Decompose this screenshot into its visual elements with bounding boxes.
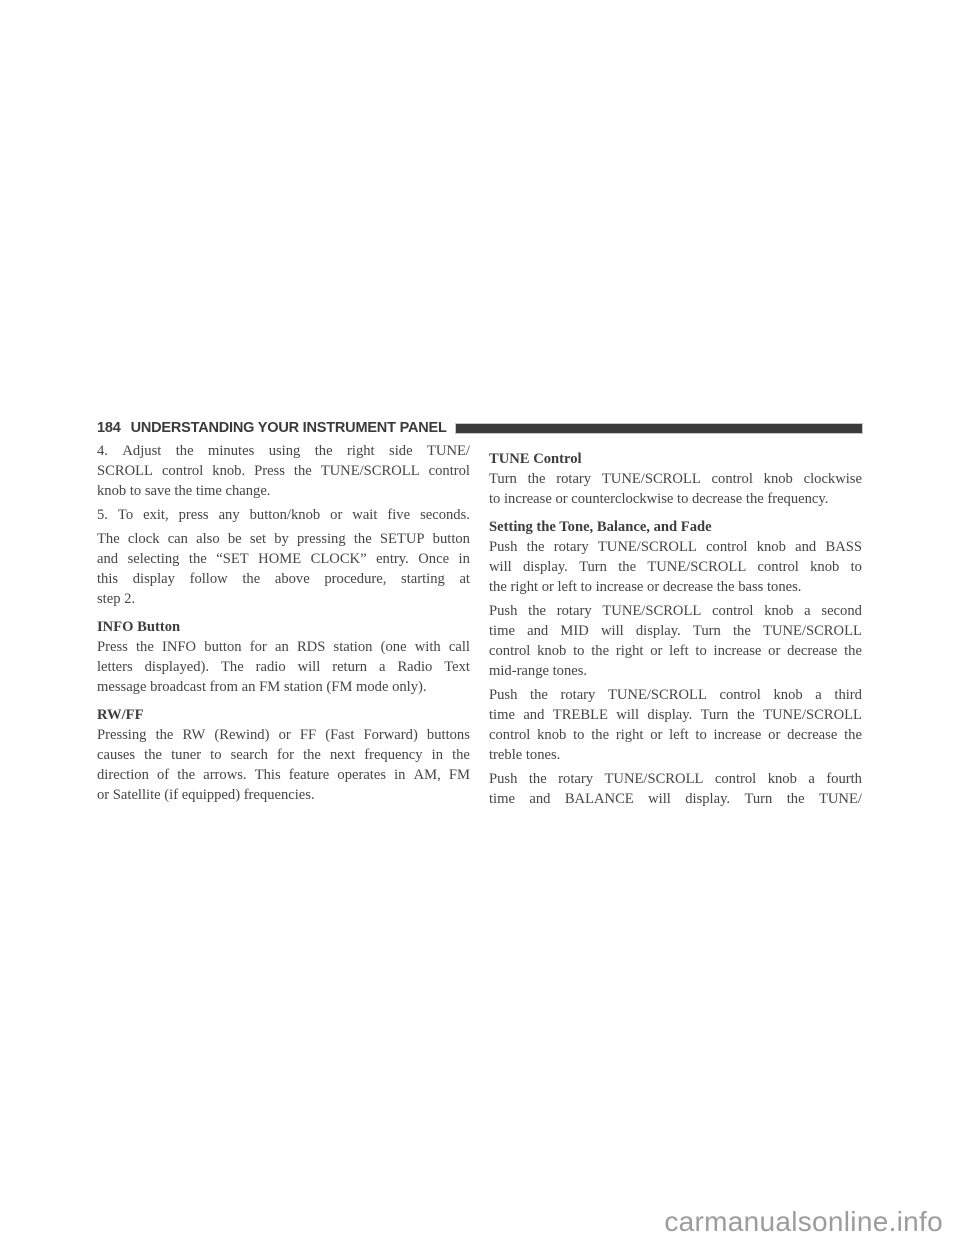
word: Adjust (122, 441, 161, 461)
word: TREBLE (553, 705, 608, 725)
text-line: to increase or counterclockwise to decre… (489, 489, 862, 509)
word: TUNE/SCROLL (763, 705, 862, 725)
paragraph: PushtherotaryTUNE/SCROLLcontrolknobaseco… (489, 601, 862, 681)
word: SCROLL (97, 461, 153, 481)
text-line: directionofthearrows.Thisfeatureoperates… (97, 765, 470, 785)
word: knob (537, 725, 566, 745)
word: button (204, 637, 241, 657)
paragraph: TheclockcanalsobesetbypressingtheSETUPbu… (97, 529, 470, 609)
word: rotary (556, 469, 591, 489)
word: or (768, 725, 780, 745)
word: display. (523, 557, 568, 577)
word: display. (647, 705, 692, 725)
word: time (489, 705, 515, 725)
word: or (330, 505, 342, 525)
word: using (269, 441, 301, 461)
word: in (394, 765, 405, 785)
word: control (429, 461, 470, 481)
word: button/knob (250, 505, 321, 525)
word: left (669, 641, 688, 661)
word: Turn (489, 469, 517, 489)
word: or (650, 725, 662, 745)
word: rotary (558, 769, 593, 789)
text-line: PushtherotaryTUNE/SCROLLcontrolknobaseco… (489, 601, 862, 621)
word: operates (337, 765, 386, 785)
word: increase (714, 641, 762, 661)
word: right (347, 441, 375, 461)
word: CLOCK” (311, 549, 367, 569)
word: the (787, 789, 805, 809)
word: button (433, 529, 470, 549)
word: increase (714, 725, 762, 745)
word: control (715, 769, 756, 789)
text-line: 5.Toexit,pressanybutton/knoborwaitfivese… (97, 505, 470, 525)
text-line: willdisplay.TurntheTUNE/SCROLLcontrolkno… (489, 557, 862, 577)
word: the (618, 557, 636, 577)
text-line: PushtherotaryTUNE/SCROLLcontrolknobathir… (489, 685, 862, 705)
word: knob (757, 537, 786, 557)
word: be (228, 529, 242, 549)
text-line: or Satellite (if equipped) frequencies. (97, 785, 470, 805)
word: control (162, 461, 203, 481)
word: radio (256, 657, 286, 677)
word: or (768, 641, 780, 661)
word: minutes (208, 441, 254, 461)
text-line: causesthetunertosearchforthenextfrequenc… (97, 745, 470, 765)
word: the (144, 745, 162, 765)
word: knob (810, 557, 839, 577)
word: arrows. (203, 765, 246, 785)
word: a (379, 657, 385, 677)
word: Turn (744, 789, 772, 809)
word: decrease (787, 641, 837, 661)
word: The (221, 657, 244, 677)
word: AM, (414, 765, 441, 785)
column-left: 4.AdjusttheminutesusingtherightsideTUNE/… (97, 441, 470, 805)
word: MID (560, 621, 588, 641)
word: FM (449, 765, 470, 785)
word: decrease (787, 725, 837, 745)
word: control (489, 641, 530, 661)
word: FF (300, 725, 316, 745)
word: feature (289, 765, 330, 785)
word: Press (97, 637, 128, 657)
column-right: TUNE ControlTurntherotaryTUNE/SCROLLcont… (489, 441, 862, 809)
word: TUNE/SCROLL (763, 621, 862, 641)
paragraph: PushtherotaryTUNE/SCROLLcontrolknobandBA… (489, 537, 862, 597)
word: above (275, 569, 310, 589)
word: the (591, 641, 609, 661)
text-line: 4.AdjusttheminutesusingtherightsideTUNE/ (97, 441, 470, 461)
text-line: INFO Button (97, 617, 470, 637)
word: the (136, 637, 154, 657)
word: Push (489, 601, 517, 621)
word: (one (381, 637, 407, 657)
word: next (330, 745, 355, 765)
word: the (303, 745, 321, 765)
watermark: carmanualsonline.info (664, 1206, 943, 1238)
word: time (489, 789, 515, 809)
word: the (530, 685, 548, 705)
word: Once (418, 549, 449, 569)
word: a (804, 601, 810, 621)
word: Radio (397, 657, 432, 677)
text-line: message broadcast from an FM station (FM… (97, 677, 470, 697)
word: the (189, 549, 207, 569)
word: the (354, 529, 372, 549)
section-heading: RW/FF (97, 705, 470, 725)
word: seconds. (420, 505, 470, 525)
word: wait (352, 505, 377, 525)
word: the (176, 441, 194, 461)
word: tuner (171, 745, 201, 765)
word: control (706, 537, 747, 557)
word: for (250, 637, 267, 657)
paragraph: PresstheINFObuttonforanRDSstation(onewit… (97, 637, 470, 697)
word: “SET (216, 549, 248, 569)
word: the (844, 641, 862, 661)
word: right (616, 641, 644, 661)
word: will (601, 621, 624, 641)
word: BALANCE (565, 789, 634, 809)
word: will (298, 657, 321, 677)
word: Pressing (97, 725, 146, 745)
word: will (616, 705, 639, 725)
word: to (573, 725, 584, 745)
word: rotary (554, 537, 589, 557)
text-line: knob to save the time change. (97, 481, 470, 501)
word: Forward) (364, 725, 418, 745)
word: letters (97, 657, 133, 677)
word: starting (401, 569, 445, 589)
word: display (133, 569, 175, 589)
word: direction (97, 765, 149, 785)
text-line: treble tones. (489, 745, 862, 765)
word: to (695, 641, 706, 661)
word: second (821, 601, 862, 621)
word: press (179, 505, 209, 525)
word: the (177, 765, 195, 785)
word: TUNE/SCROLL (608, 685, 707, 705)
paragraph: 4.AdjusttheminutesusingtherightsideTUNE/… (97, 441, 470, 501)
text-line: SCROLLcontrolknob.PresstheTUNE/SCROLLcon… (97, 461, 470, 481)
word: and (523, 705, 544, 725)
word: TUNE/SCROLL (605, 769, 704, 789)
word: control (758, 557, 799, 577)
word: side (389, 441, 413, 461)
word: also (196, 529, 220, 549)
word: left (669, 725, 688, 745)
paragraph: TurntherotaryTUNE/SCROLLcontrolknobclock… (489, 469, 862, 509)
word: the (733, 621, 751, 641)
word: the (591, 725, 609, 745)
word: the (294, 461, 312, 481)
text-line: thisdisplayfollowtheaboveprocedure,start… (97, 569, 470, 589)
word: control (720, 685, 761, 705)
word: or (279, 725, 291, 745)
word: call (449, 637, 470, 657)
word: RW (183, 725, 206, 745)
section-heading: Setting the Tone, Balance, and Fade (489, 517, 862, 537)
page-header: 184 UNDERSTANDING YOUR INSTRUMENT PANEL (97, 420, 863, 436)
text-line: andselectingthe“SETHOMECLOCK”entry.Oncei… (97, 549, 470, 569)
word: display. (685, 789, 730, 809)
section-heading: TUNE Control (489, 449, 862, 469)
word: control (489, 725, 530, 745)
word: selecting (128, 549, 180, 569)
word: buttons (427, 725, 470, 745)
manual-page: 184 UNDERSTANDING YOUR INSTRUMENT PANEL … (0, 0, 960, 1242)
word: the (452, 745, 470, 765)
word: in (432, 745, 443, 765)
word: an (275, 637, 289, 657)
word: the (528, 601, 546, 621)
word: This (255, 765, 281, 785)
text-line: mid-range tones. (489, 661, 862, 681)
word: fourth (826, 769, 862, 789)
word: Turn (701, 705, 729, 725)
word: a (808, 769, 814, 789)
word: for (277, 745, 294, 765)
word: Press (254, 461, 285, 481)
word: right (616, 725, 644, 745)
word: the (527, 537, 545, 557)
word: knob. (212, 461, 245, 481)
word: frequency (364, 745, 422, 765)
word: To (118, 505, 133, 525)
text-line: timeandBALANCEwilldisplay.TurntheTUNE/ (489, 789, 862, 809)
word: return (332, 657, 367, 677)
word: and (529, 789, 550, 809)
word: time (489, 621, 515, 641)
word: rotary (560, 685, 595, 705)
word: knob (768, 769, 797, 789)
text-line: TurntherotaryTUNE/SCROLLcontrolknobclock… (489, 469, 862, 489)
word: any (219, 505, 240, 525)
word: (Fast (325, 725, 354, 745)
word: search (231, 745, 268, 765)
word: station (334, 637, 373, 657)
text-line: PresstheINFObuttonforanRDSstation(onewit… (97, 637, 470, 657)
word: rotary (557, 601, 592, 621)
word: BASS (825, 537, 862, 557)
word: at (459, 569, 470, 589)
word: will (648, 789, 671, 809)
word: knob (764, 469, 793, 489)
word: the (529, 769, 547, 789)
text-line: lettersdisplayed).TheradiowillreturnaRad… (97, 657, 470, 677)
word: Push (489, 769, 517, 789)
text-line: timeandMIDwilldisplay.TurntheTUNE/SCROLL (489, 621, 862, 641)
word: The (97, 529, 120, 549)
word: and (795, 537, 816, 557)
word: will (489, 557, 512, 577)
word: TUNE/ (427, 441, 470, 461)
word: knob (764, 601, 793, 621)
word: 4. (97, 441, 108, 461)
word: set (250, 529, 266, 549)
word: to (695, 725, 706, 745)
word: INFO (162, 637, 196, 657)
word: TUNE/SCROLL (602, 469, 701, 489)
paragraph: PushtherotaryTUNE/SCROLLcontrolknobafour… (489, 769, 862, 809)
word: to (573, 641, 584, 661)
word: control (712, 601, 753, 621)
paragraph: PressingtheRW(Rewind)orFF(FastForward)bu… (97, 725, 470, 805)
word: causes (97, 745, 135, 765)
word: displayed). (145, 657, 209, 677)
word: knob (773, 685, 802, 705)
text-line: PressingtheRW(Rewind)orFF(FastForward)bu… (97, 725, 470, 745)
word: entry. (376, 549, 409, 569)
header-rule-bar (455, 423, 863, 434)
word: HOME (258, 549, 301, 569)
word: follow (190, 569, 228, 589)
word: five (387, 505, 410, 525)
word: the (156, 725, 174, 745)
text-line: PushtherotaryTUNE/SCROLLcontrolknobandBA… (489, 537, 862, 557)
word: TUNE/SCROLL (321, 461, 420, 481)
word: to (851, 557, 862, 577)
section-heading: INFO Button (97, 617, 470, 637)
word: 5. (97, 505, 108, 525)
word: clock (128, 529, 160, 549)
word: TUNE/SCROLL (647, 557, 746, 577)
paragraph: 5.Toexit,pressanybutton/knoborwaitfivese… (97, 505, 470, 525)
word: (Rewind) (214, 725, 269, 745)
word: or (650, 641, 662, 661)
word: third (834, 685, 862, 705)
text-line: Setting the Tone, Balance, and Fade (489, 517, 862, 537)
word: a (815, 685, 821, 705)
text-line: timeandTREBLEwilldisplay.TurntheTUNE/SCR… (489, 705, 862, 725)
word: TUNE/SCROLL (602, 601, 701, 621)
word: the (315, 441, 333, 461)
word: and (97, 549, 118, 569)
word: control (712, 469, 753, 489)
word: by (274, 529, 289, 549)
word: of (157, 765, 169, 785)
word: Text (444, 657, 470, 677)
page-title: UNDERSTANDING YOUR INSTRUMENT PANEL (131, 420, 447, 436)
word: Push (489, 537, 517, 557)
text-line: the right or left to increase or decreas… (489, 577, 862, 597)
word: this (97, 569, 118, 589)
text-line: controlknobtotherightorlefttoincreaseord… (489, 641, 862, 661)
word: Turn (579, 557, 607, 577)
word: RDS (297, 637, 325, 657)
word: the (242, 569, 260, 589)
word: exit, (143, 505, 169, 525)
word: pressing (297, 529, 346, 549)
word: Push (489, 685, 517, 705)
word: the (737, 705, 755, 725)
text-line: TUNE Control (489, 449, 862, 469)
word: SETUP (380, 529, 425, 549)
word: the (844, 725, 862, 745)
word: display. (636, 621, 681, 641)
word: Turn (693, 621, 721, 641)
paragraph: PushtherotaryTUNE/SCROLLcontrolknobathir… (489, 685, 862, 765)
text-line: controlknobtotherightorlefttoincreaseord… (489, 725, 862, 745)
word: procedure, (324, 569, 386, 589)
word: clockwise (804, 469, 862, 489)
word: knob (537, 641, 566, 661)
word: TUNE/ (819, 789, 862, 809)
word: can (168, 529, 188, 549)
text-line: step 2. (97, 589, 470, 609)
text-line: RW/FF (97, 705, 470, 725)
word: the (528, 469, 546, 489)
text-line: PushtherotaryTUNE/SCROLLcontrolknobafour… (489, 769, 862, 789)
text-line: TheclockcanalsobesetbypressingtheSETUPbu… (97, 529, 470, 549)
word: TUNE/SCROLL (598, 537, 697, 557)
word: and (527, 621, 548, 641)
word: with (415, 637, 441, 657)
word: to (210, 745, 221, 765)
word: in (459, 549, 470, 569)
page-number: 184 (97, 420, 121, 436)
